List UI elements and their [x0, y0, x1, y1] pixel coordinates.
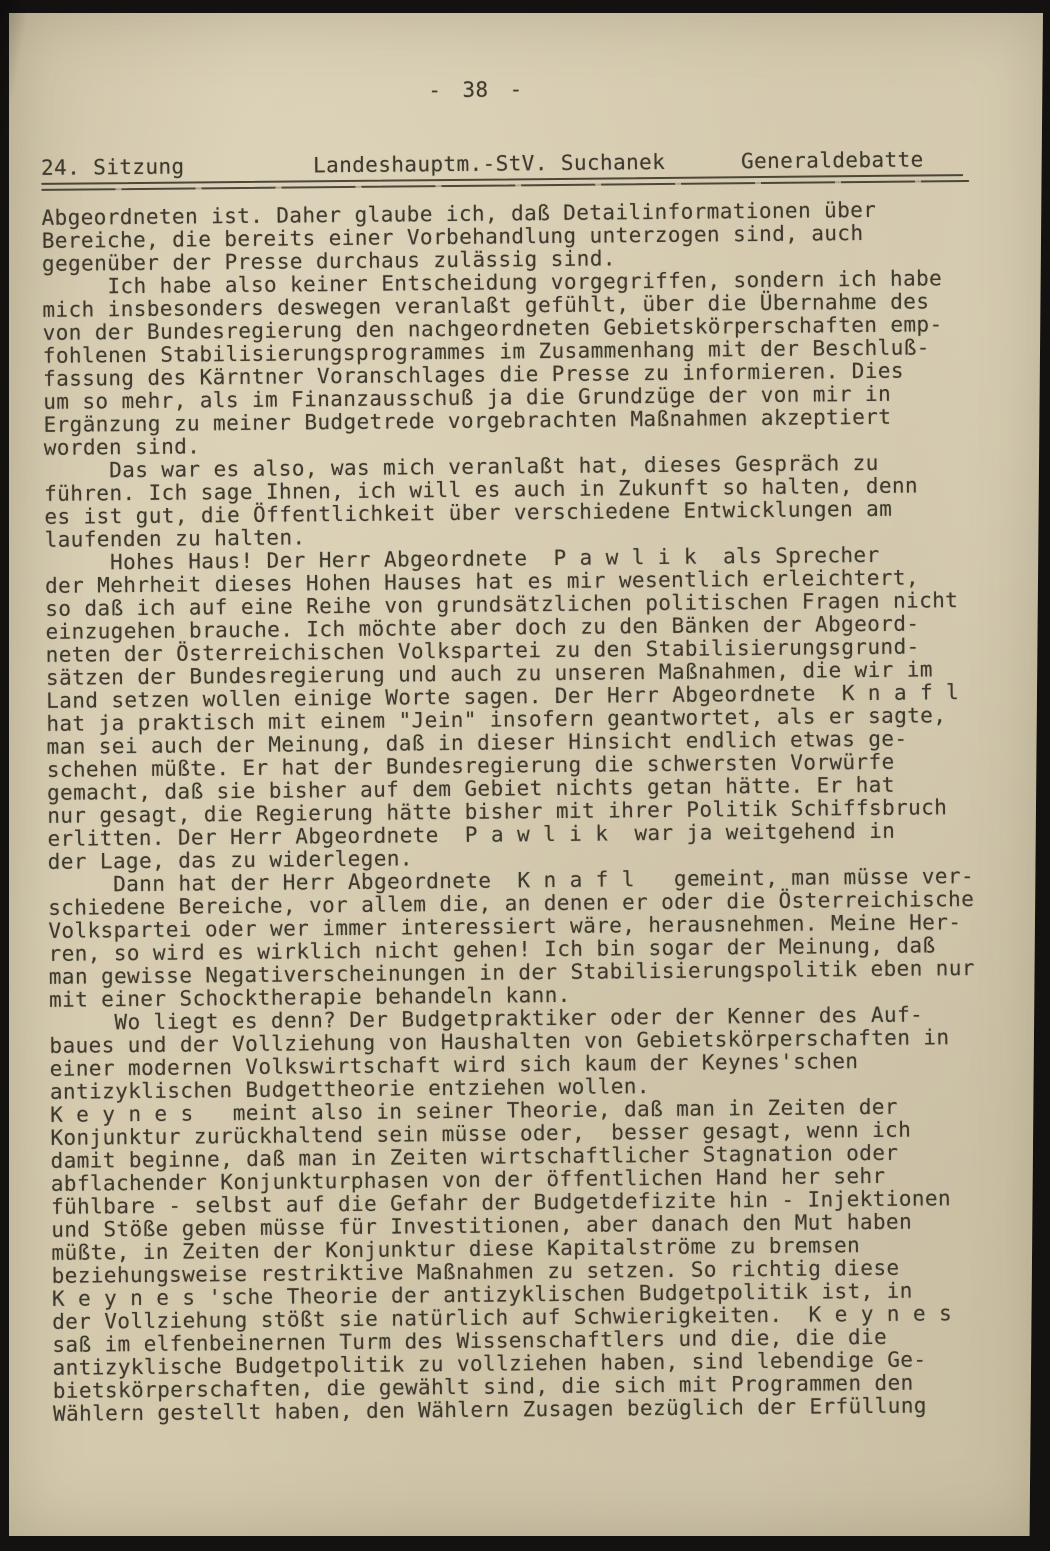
speech-body: Abgeordneten ist. Daher glaube ich, daß … — [41, 198, 1003, 1426]
debate-type-label: Generaldebatte — [741, 147, 924, 173]
scanned-document-page: - 38 - 24. Sitzung Landeshauptm.-StV. Su… — [0, 0, 1050, 1551]
paragraph: Abgeordneten ist. Daher glaube ich, daß … — [41, 198, 992, 276]
paragraph: Hohes Haus! Der Herr Abgeordnete P a w l… — [45, 543, 998, 874]
session-number-label: 24. Sitzung — [41, 155, 185, 180]
paragraph: Das war es also, was mich veranlaßt hat,… — [44, 451, 995, 552]
paragraph: K e y n e s meint also in seiner Theorie… — [50, 1095, 1003, 1426]
paragraph: Dann hat der Herr Abgeordnete K n a f l … — [48, 865, 999, 1012]
paragraph: Ich habe also keiner Entscheidung vorgeg… — [42, 267, 994, 460]
page-number: - 38 - — [428, 74, 990, 102]
speaker-name-label: Landeshauptm.-StV. Suchanek — [313, 150, 665, 177]
paper-sheet: - 38 - 24. Sitzung Landeshauptm.-StV. Su… — [9, 13, 1043, 1536]
typewritten-content: - 38 - 24. Sitzung Landeshauptm.-StV. Su… — [40, 5, 1004, 1426]
paragraph: Wo liegt es denn? Der Budgetpraktiker od… — [49, 1003, 1000, 1104]
